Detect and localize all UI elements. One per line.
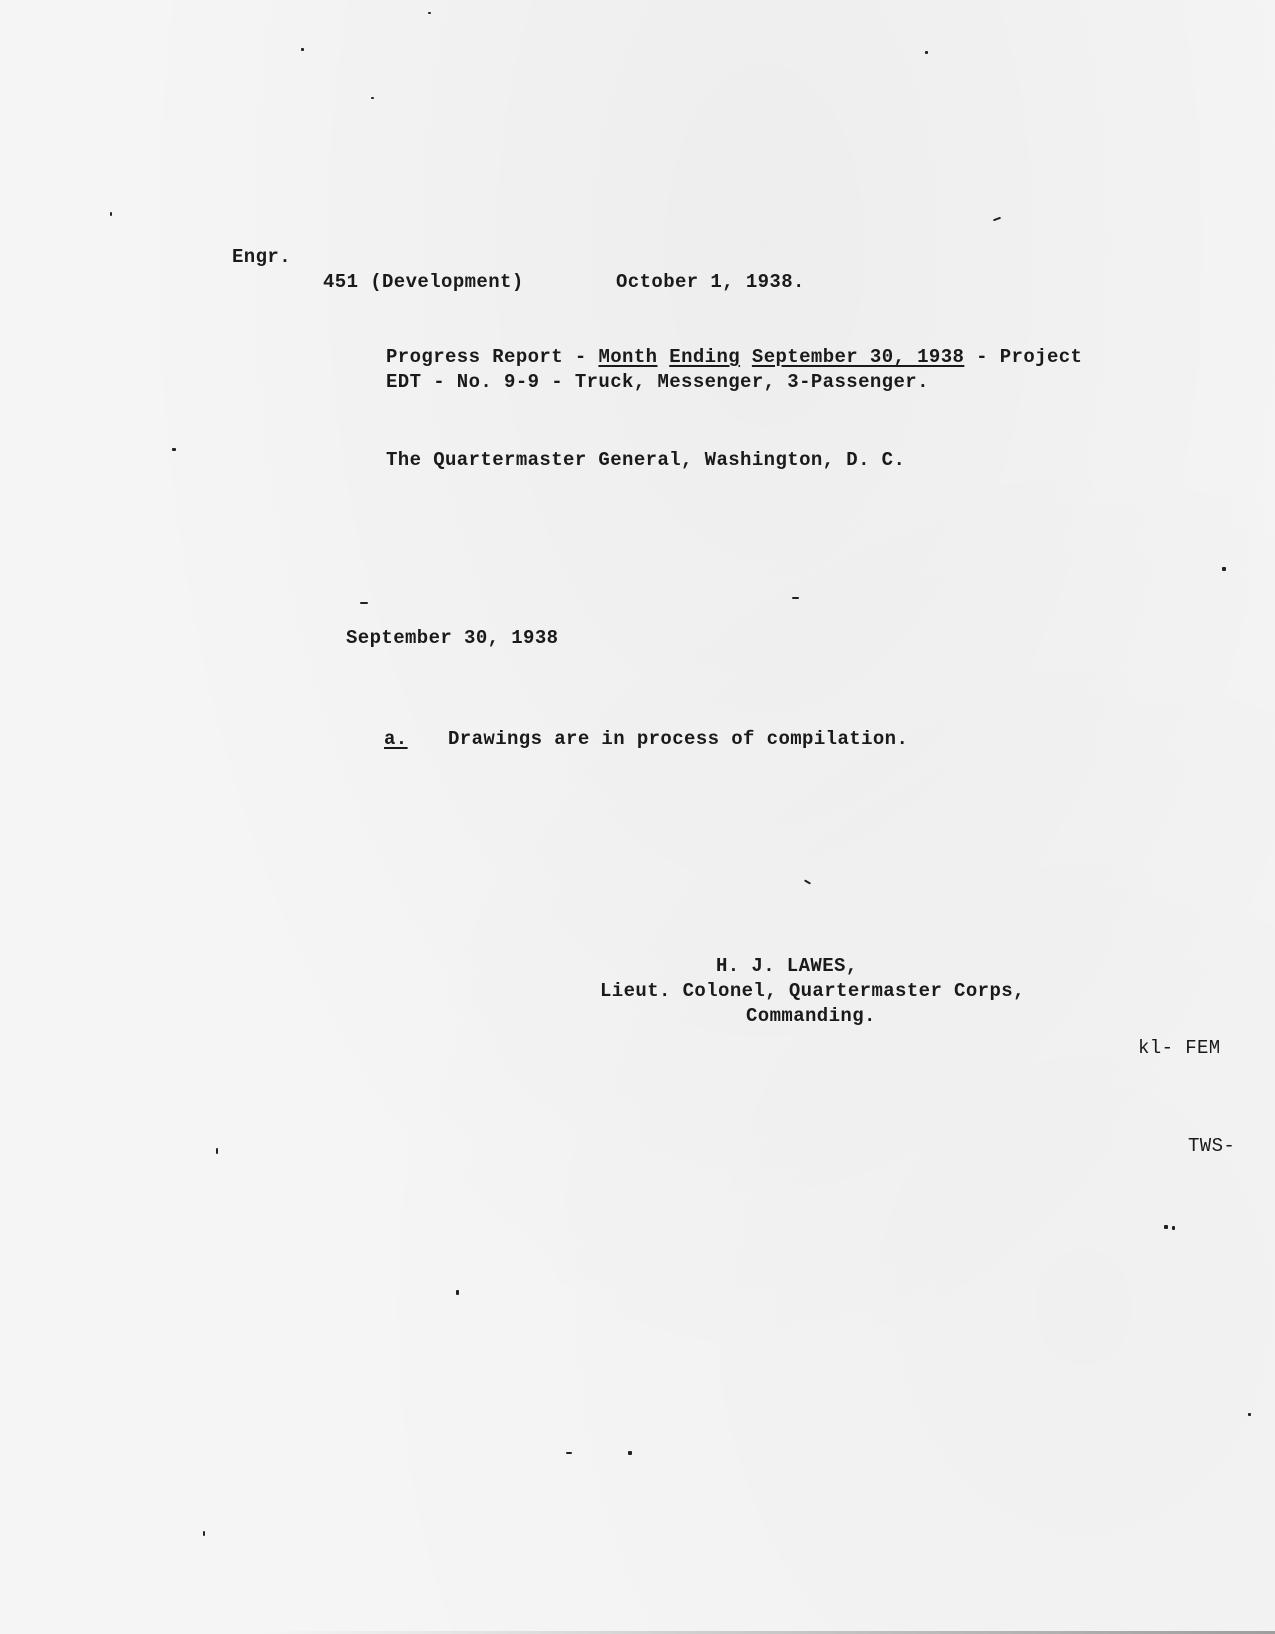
scan-speck	[360, 602, 368, 604]
subject-line-1: Progress Report - Month Ending September…	[386, 348, 1082, 367]
scan-speck	[110, 212, 112, 216]
scan-speck	[993, 217, 1001, 222]
subject-underlined-date: September 30, 1938	[752, 346, 964, 368]
subject-prefix: Progress Report -	[386, 346, 598, 368]
signer-name: H. J. LAWES,	[716, 957, 858, 976]
item-text: Drawings are in process of compilation.	[448, 730, 908, 749]
item-marker: a.	[384, 730, 408, 749]
scan-speck	[566, 1452, 572, 1454]
reviewer-initials: TWS-	[1188, 1137, 1235, 1156]
scan-speck	[1172, 1226, 1175, 1230]
addressee: The Quartermaster General, Washington, D…	[386, 451, 905, 470]
scan-speck	[371, 97, 374, 99]
subject-line-2: EDT - No. 9-9 - Truck, Messenger, 3-Pass…	[386, 373, 929, 392]
scan-speck	[628, 1451, 632, 1455]
scan-speck	[301, 48, 304, 51]
scan-speck	[1164, 1225, 1168, 1229]
letter-date: October 1, 1938.	[616, 273, 805, 292]
section-date: September 30, 1938	[346, 629, 558, 648]
scan-speck	[1248, 1413, 1251, 1416]
scan-speck	[456, 1290, 459, 1295]
subject-underlined-ending: Ending	[669, 346, 740, 368]
scan-speck	[428, 12, 431, 14]
scan-speck	[1222, 567, 1226, 571]
scan-speck	[216, 1148, 218, 1154]
scan-speck	[203, 1531, 205, 1536]
subject-underlined-month: Month	[598, 346, 657, 368]
scan-speck	[804, 879, 811, 884]
scan-speck	[925, 51, 928, 54]
document-page: Engr. 451 (Development) October 1, 1938.…	[0, 0, 1275, 1634]
scan-speck	[792, 597, 799, 599]
office-code: Engr.	[232, 248, 291, 267]
signer-role: Commanding.	[746, 1007, 876, 1026]
scan-speck	[172, 448, 176, 451]
file-reference: 451 (Development)	[323, 273, 524, 292]
subject-suffix: - Project	[964, 346, 1082, 368]
signer-rank: Lieut. Colonel, Quartermaster Corps,	[600, 982, 1025, 1001]
typist-initials: kl- FEM	[1138, 1039, 1221, 1058]
